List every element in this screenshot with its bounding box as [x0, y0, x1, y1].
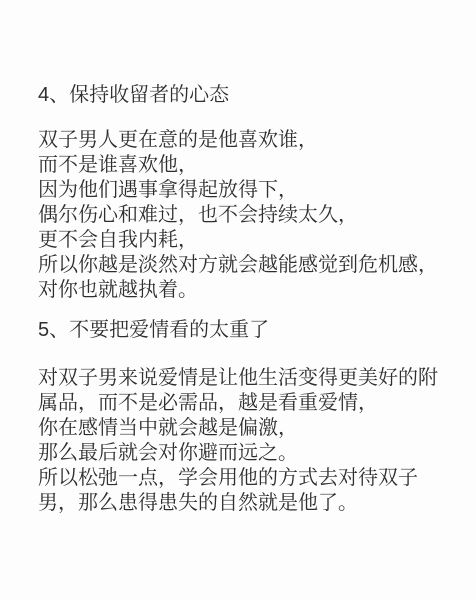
paragraph-line: 更不会自我内耗， — [38, 228, 460, 253]
paragraph-line: 所以你越是淡然对方就会越能感觉到危机感， — [38, 253, 460, 278]
paragraph-line: 而不是谁喜欢他， — [38, 153, 460, 178]
section-4-heading: 4、保持收留者的心态 — [38, 83, 460, 108]
section-5-paragraph: 对双子男来说爱情是让他生活变得更美好的附 属品，而不是必需品，越是看重爱情， 你… — [38, 366, 460, 516]
paragraph-line: 你在感情当中就会越是偏激， — [38, 416, 460, 441]
section-5: 5、不要把爱情看的太重了 对双子男来说爱情是让他生活变得更美好的附 属品，而不是… — [38, 318, 460, 516]
paragraph-line: 那么最后就会对你避而远之。 — [38, 441, 460, 466]
paragraph-line: 偶尔伤心和难过，也不会持续太久， — [38, 203, 460, 228]
paragraph-line: 属品，而不是必需品，越是看重爱情， — [38, 391, 460, 416]
paragraph-line: 对你也就越执着。 — [38, 278, 460, 303]
page-content: 4、保持收留者的心态 双子男人更在意的是他喜欢谁， 而不是谁喜欢他， 因为他们遇… — [0, 0, 476, 516]
text-post-page: 4、保持收留者的心态 双子男人更在意的是他喜欢谁， 而不是谁喜欢他， 因为他们遇… — [0, 0, 476, 600]
paragraph-line: 双子男人更在意的是他喜欢谁， — [38, 128, 460, 153]
section-4-paragraph: 双子男人更在意的是他喜欢谁， 而不是谁喜欢他， 因为他们遇事拿得起放得下， 偶尔… — [38, 128, 460, 303]
paragraph-line: 男，那么患得患失的自然就是他了。 — [38, 491, 460, 516]
section-5-heading: 5、不要把爱情看的太重了 — [38, 318, 460, 343]
section-4: 4、保持收留者的心态 双子男人更在意的是他喜欢谁， 而不是谁喜欢他， 因为他们遇… — [38, 83, 460, 303]
paragraph-line: 因为他们遇事拿得起放得下， — [38, 178, 460, 203]
paragraph-line: 对双子男来说爱情是让他生活变得更美好的附 — [38, 366, 460, 391]
paragraph-line: 所以松弛一点，学会用他的方式去对待双子 — [38, 466, 460, 491]
